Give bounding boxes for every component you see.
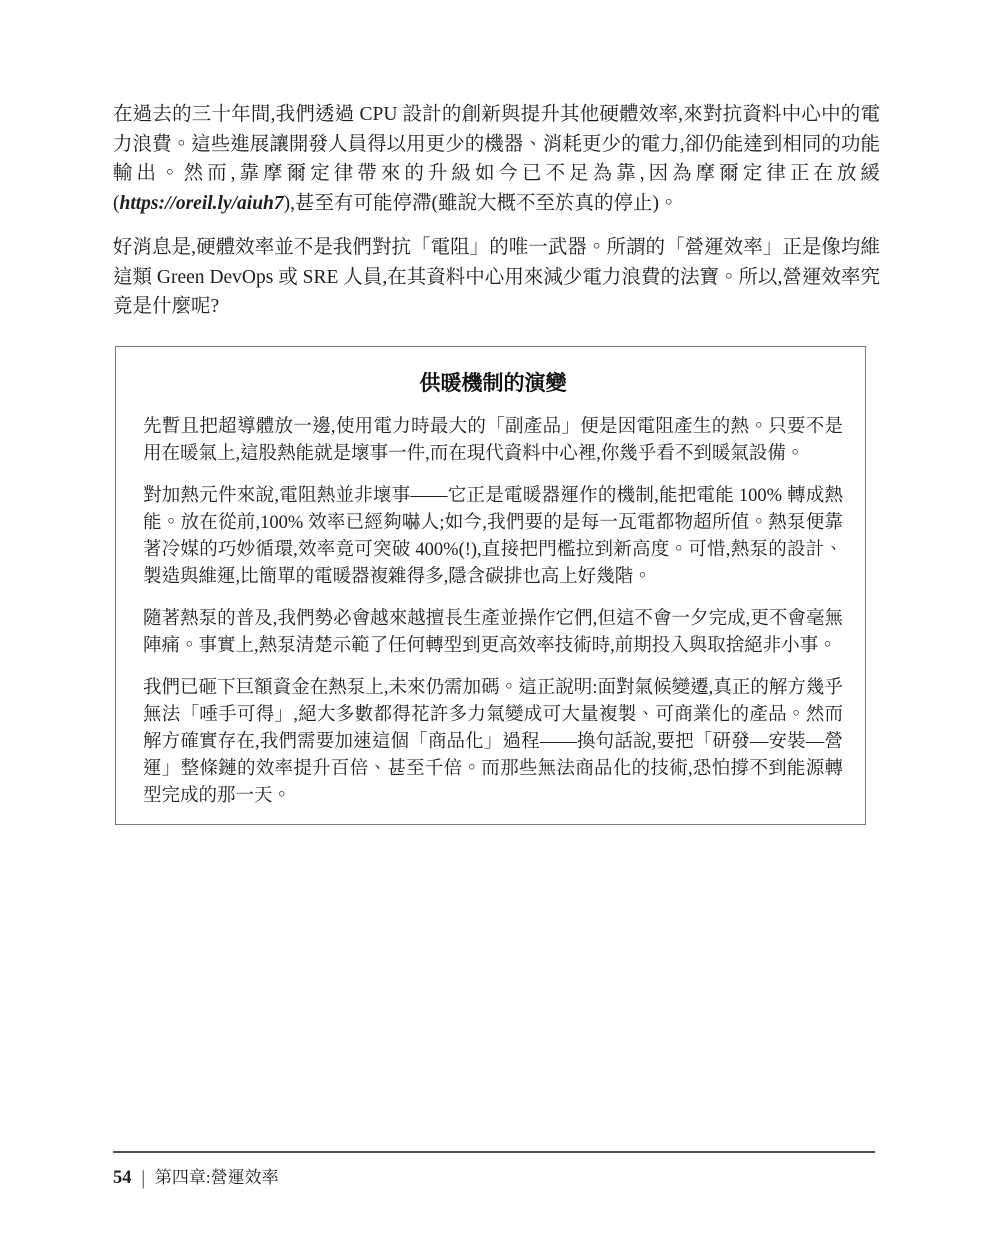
intro-paragraph-1: 在過去的三十年間,我們透過 CPU 設計的創新與提升其他硬體效率,來對抗資料中心…	[113, 100, 880, 218]
intro-paragraph-2: 好消息是,硬體效率並不是我們對抗「電阻」的唯一武器。所謂的「營運效率」正是像均維…	[113, 233, 880, 322]
chapter-title: 第四章:營運效率	[155, 1168, 279, 1187]
footer-separator: |	[142, 1167, 145, 1190]
page-number: 54	[113, 1168, 132, 1188]
box-paragraph-1: 先暫且把超導體放一邊,使用電力時最大的「副產品」便是因電阻產生的熱。只要不是用在…	[143, 414, 843, 468]
box-paragraph-2: 對加熱元件來說,電阻熱並非壞事——它正是電暖器運作的機制,能把電能 100% 轉…	[143, 483, 843, 591]
page-footer: 54|第四章:營運效率	[113, 1151, 875, 1189]
oreilly-url-link[interactable]: https://oreil.ly/aiuh7	[120, 193, 284, 214]
sidebar-box: 供暖機制的演變 先暫且把超導體放一邊,使用電力時最大的「副產品」便是因電阻產生的…	[115, 346, 866, 825]
book-page: 在過去的三十年間,我們透過 CPU 設計的創新與提升其他硬體效率,來對抗資料中心…	[0, 0, 1000, 1243]
page-content: 在過去的三十年間,我們透過 CPU 設計的創新與提升其他硬體效率,來對抗資料中心…	[113, 100, 880, 825]
box-paragraph-3: 隨著熱泵的普及,我們勢必會越來越擅長生產並操作它們,但這不會一夕完成,更不會毫無…	[143, 606, 843, 660]
sidebar-box-title: 供暖機制的演變	[143, 367, 843, 397]
intro-p1-text-after: ),甚至有可能停滯(雖說大概不至於真的停止)。	[284, 193, 679, 214]
box-paragraph-4: 我們已砸下巨額資金在熱泵上,未來仍需加碼。這正說明:面對氣候變遷,真正的解方幾乎…	[143, 675, 843, 810]
